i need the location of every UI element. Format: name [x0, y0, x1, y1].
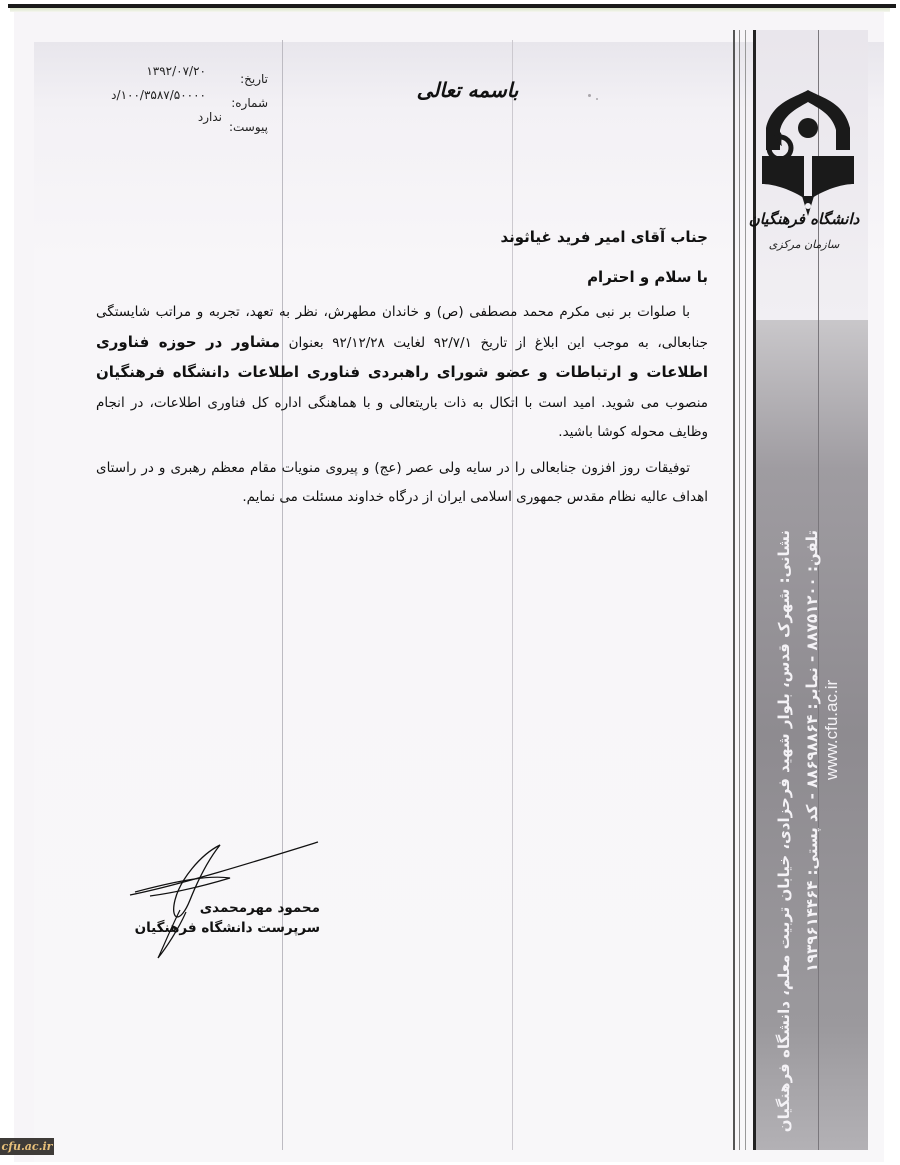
letter-meta: تاریخ: ۱۳۹۲/۰۷/۲۰ شماره: ۱۰۰/۳۵۸۷/۵۰۰۰۰/… [88, 66, 268, 138]
invocation-heading: باسمه تعالی [415, 78, 520, 102]
website-link[interactable]: www.cfu.ac.ir [822, 680, 842, 780]
site-watermark: cfu.ac.ir [0, 1138, 54, 1155]
date-value: ۱۳۹۲/۰۷/۲۰ [146, 64, 206, 78]
signer-name: محمود مهرمحمدی [120, 900, 320, 916]
paragraph-closing: توفیقات روز افزون جنابعالی را در سایه ول… [96, 454, 708, 513]
sidebar-border [753, 30, 756, 1150]
number-value: ۱۰۰/۳۵۸۷/۵۰۰۰۰/د [111, 88, 206, 102]
signer-title: سرپرست دانشگاه فرهنگیان [120, 920, 320, 936]
sidebar-address: نشانی: شهرک قدس، بلوار شهید فرحزادی، خیا… [770, 530, 826, 1000]
scan-line [512, 40, 513, 1150]
greeting: با سلام و احترام [96, 268, 708, 286]
attachment-label: پیوست: [229, 120, 268, 134]
organization-unit: سازمان مرکزی [748, 238, 860, 251]
university-emblem-icon [758, 88, 858, 223]
number-row: شماره: ۱۰۰/۳۵۸۷/۵۰۰۰۰/د [88, 90, 268, 114]
scan-speck [588, 94, 591, 97]
attachment-value: ندارد [198, 110, 222, 124]
address-line: نشانی: شهرک قدس، بلوار شهید فرحزادی، خیا… [770, 530, 798, 1000]
organization-name: دانشگاه فرهنگیان [748, 210, 860, 228]
paragraph-appointment: با صلوات بر نبی مکرم محمد مصطفی (ص) و خا… [96, 298, 708, 448]
signature-block: محمود مهرمحمدی سرپرست دانشگاه فرهنگیان [120, 840, 320, 970]
date-label: تاریخ: [240, 72, 268, 86]
date-row: تاریخ: ۱۳۹۲/۰۷/۲۰ [88, 66, 268, 90]
sidebar-border [733, 30, 735, 1150]
attachment-row: پیوست: ندارد [88, 114, 268, 138]
scan-line [282, 40, 283, 1150]
recipient: جناب آقای امیر فرید غیاثوند [96, 228, 708, 246]
paragraph-text: منصوب می شوید. امید است با اتکال به ذات … [96, 395, 708, 441]
scan-speck [596, 98, 598, 100]
sidebar-border [739, 30, 740, 1150]
letter-body: جناب آقای امیر فرید غیاثوند با سلام و اح… [96, 228, 708, 513]
sidebar-border [745, 30, 746, 1150]
number-label: شماره: [231, 96, 268, 110]
